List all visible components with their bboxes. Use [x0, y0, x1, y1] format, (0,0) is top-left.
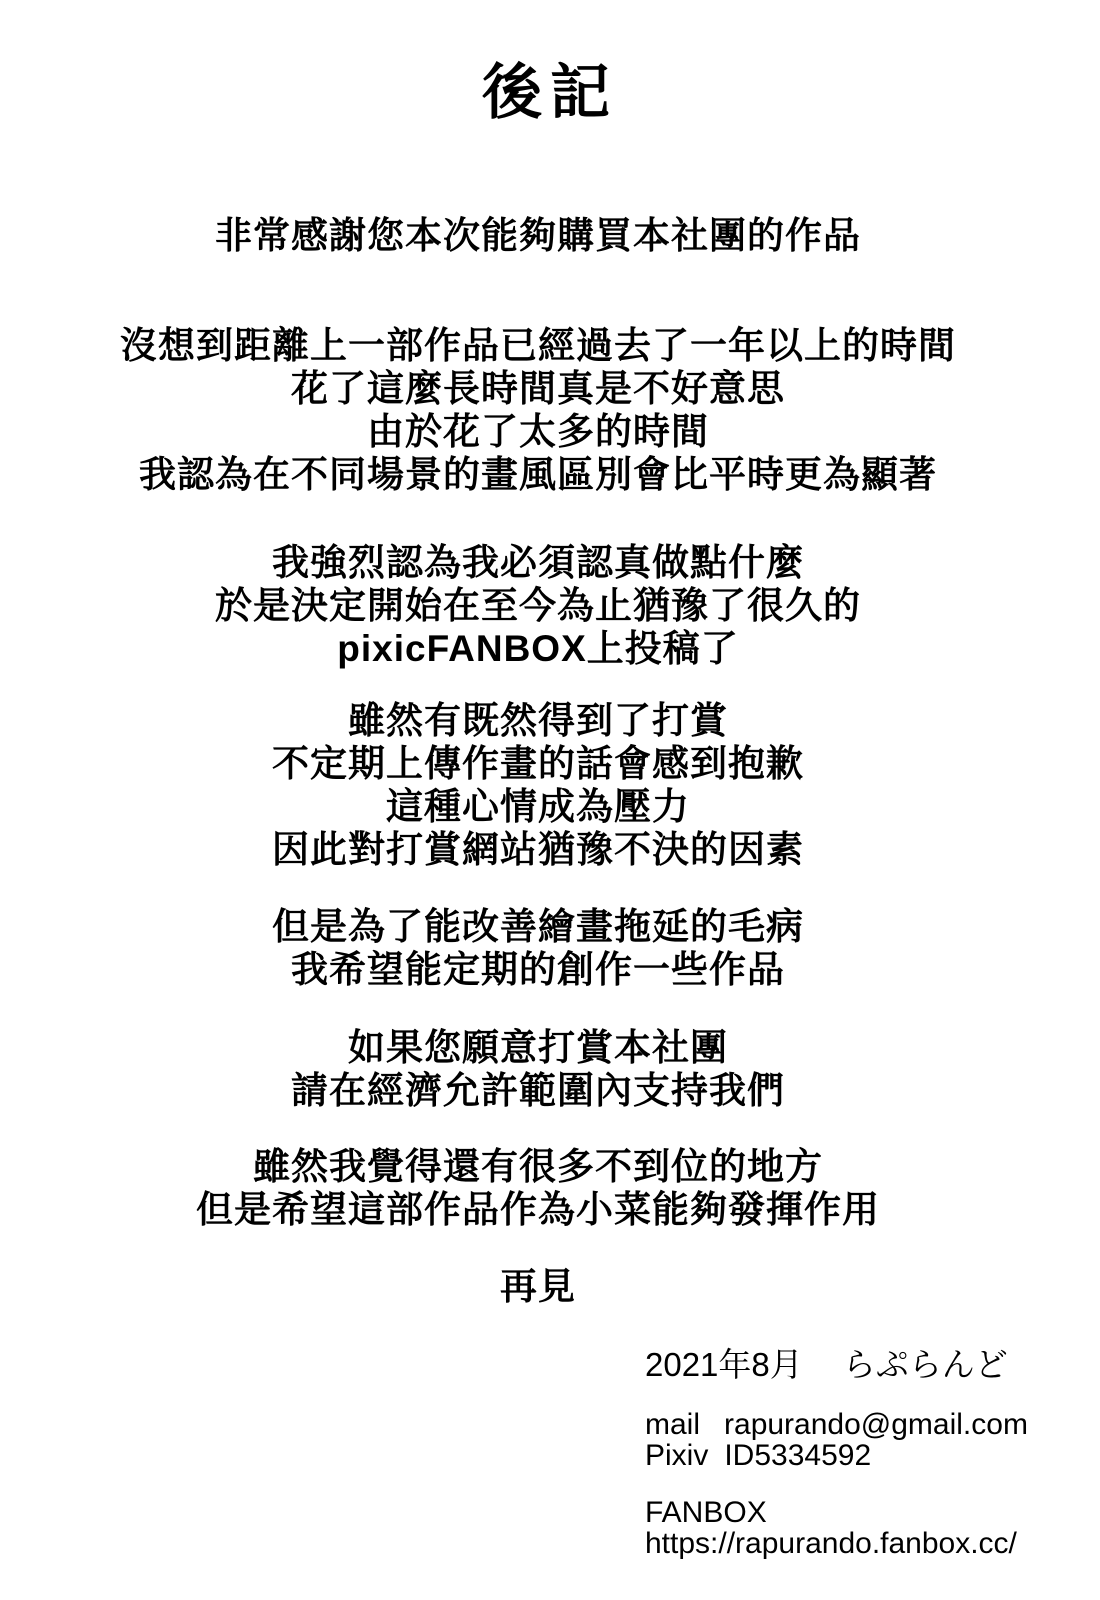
colophon-contact-block: mailrapurando@gmail.com PixivID5334592: [645, 1409, 1028, 1471]
mail-line: mailrapurando@gmail.com: [645, 1409, 1028, 1440]
afterword-paragraph-3: 雖然有既然得到了打賞 不定期上傳作畫的話會感到抱歉 這種心情成為壓力 因此對打賞…: [0, 699, 1076, 871]
afterword-paragraph-6: 雖然我覺得還有很多不到位的地方 但是希望這部作品作為小菜能夠發揮作用: [0, 1145, 1076, 1231]
paragraph-line: 我希望能定期的創作一些作品: [0, 948, 1076, 991]
paragraph-line: 雖然我覺得還有很多不到位的地方: [0, 1145, 1076, 1188]
date-text: 2021年8月: [645, 1346, 803, 1383]
paragraph-line: 但是希望這部作品作為小菜能夠發揮作用: [0, 1188, 1076, 1231]
paragraph-line: 這種心情成為壓力: [0, 785, 1076, 828]
afterword-paragraph-2: 我強烈認為我必須認真做點什麼 於是決定開始在至今為止猶豫了很久的 pixicFA…: [0, 541, 1076, 670]
author-name: らぷらんど: [843, 1346, 1008, 1383]
paragraph-line: 但是為了能改善繪畫拖延的毛病: [0, 905, 1076, 948]
paragraph-line: pixicFANBOX上投稿了: [0, 627, 1076, 670]
paragraph-line: 如果您願意打賞本社團: [0, 1026, 1076, 1069]
paragraph-line: 沒想到距離上一部作品已經過去了一年以上的時間: [0, 324, 1076, 367]
afterword-page: 後記 非常感謝您本次能夠購買本社團的作品 沒想到距離上一部作品已經過去了一年以上…: [0, 0, 1100, 1600]
afterword-paragraph-1: 沒想到距離上一部作品已經過去了一年以上的時間 花了這麼長時間真是不好意思 由於花…: [0, 324, 1076, 496]
afterword-paragraph-5: 如果您願意打賞本社團 請在經濟允許範圍內支持我們: [0, 1026, 1076, 1112]
paragraph-line: 由於花了太多的時間: [0, 410, 1076, 453]
colophon-date-line: 2021年8月らぷらんど: [645, 1346, 1008, 1384]
paragraph-line: 雖然有既然得到了打賞: [0, 699, 1076, 742]
afterword-paragraph-4: 但是為了能改善繪畫拖延的毛病 我希望能定期的創作一些作品: [0, 905, 1076, 991]
paragraph-line: 因此對打賞網站猶豫不決的因素: [0, 828, 1076, 871]
farewell-text: 再見: [0, 1265, 1076, 1308]
pixiv-id: ID5334592: [724, 1439, 871, 1472]
mail-label: mail: [645, 1408, 700, 1441]
greeting-text: 非常感謝您本次能夠購買本社團的作品: [0, 214, 1076, 258]
paragraph-line: 我強烈認為我必須認真做點什麼: [0, 541, 1076, 584]
paragraph-line: 於是決定開始在至今為止猶豫了很久的: [0, 584, 1076, 627]
page-title: 後記: [0, 56, 1100, 130]
pixiv-label: Pixiv: [645, 1439, 708, 1472]
pixiv-line: PixivID5334592: [645, 1440, 1028, 1471]
paragraph-line: 請在經濟允許範圍內支持我們: [0, 1069, 1076, 1112]
mail-address: rapurando@gmail.com: [724, 1408, 1028, 1441]
fanbox-label: FANBOX: [645, 1497, 1017, 1528]
fanbox-url: https://rapurando.fanbox.cc/: [645, 1528, 1017, 1559]
paragraph-line: 不定期上傳作畫的話會感到抱歉: [0, 742, 1076, 785]
paragraph-line: 我認為在不同場景的畫風區別會比平時更為顯著: [0, 453, 1076, 496]
paragraph-line: 花了這麼長時間真是不好意思: [0, 367, 1076, 410]
colophon-fanbox-block: FANBOX https://rapurando.fanbox.cc/: [645, 1497, 1017, 1559]
